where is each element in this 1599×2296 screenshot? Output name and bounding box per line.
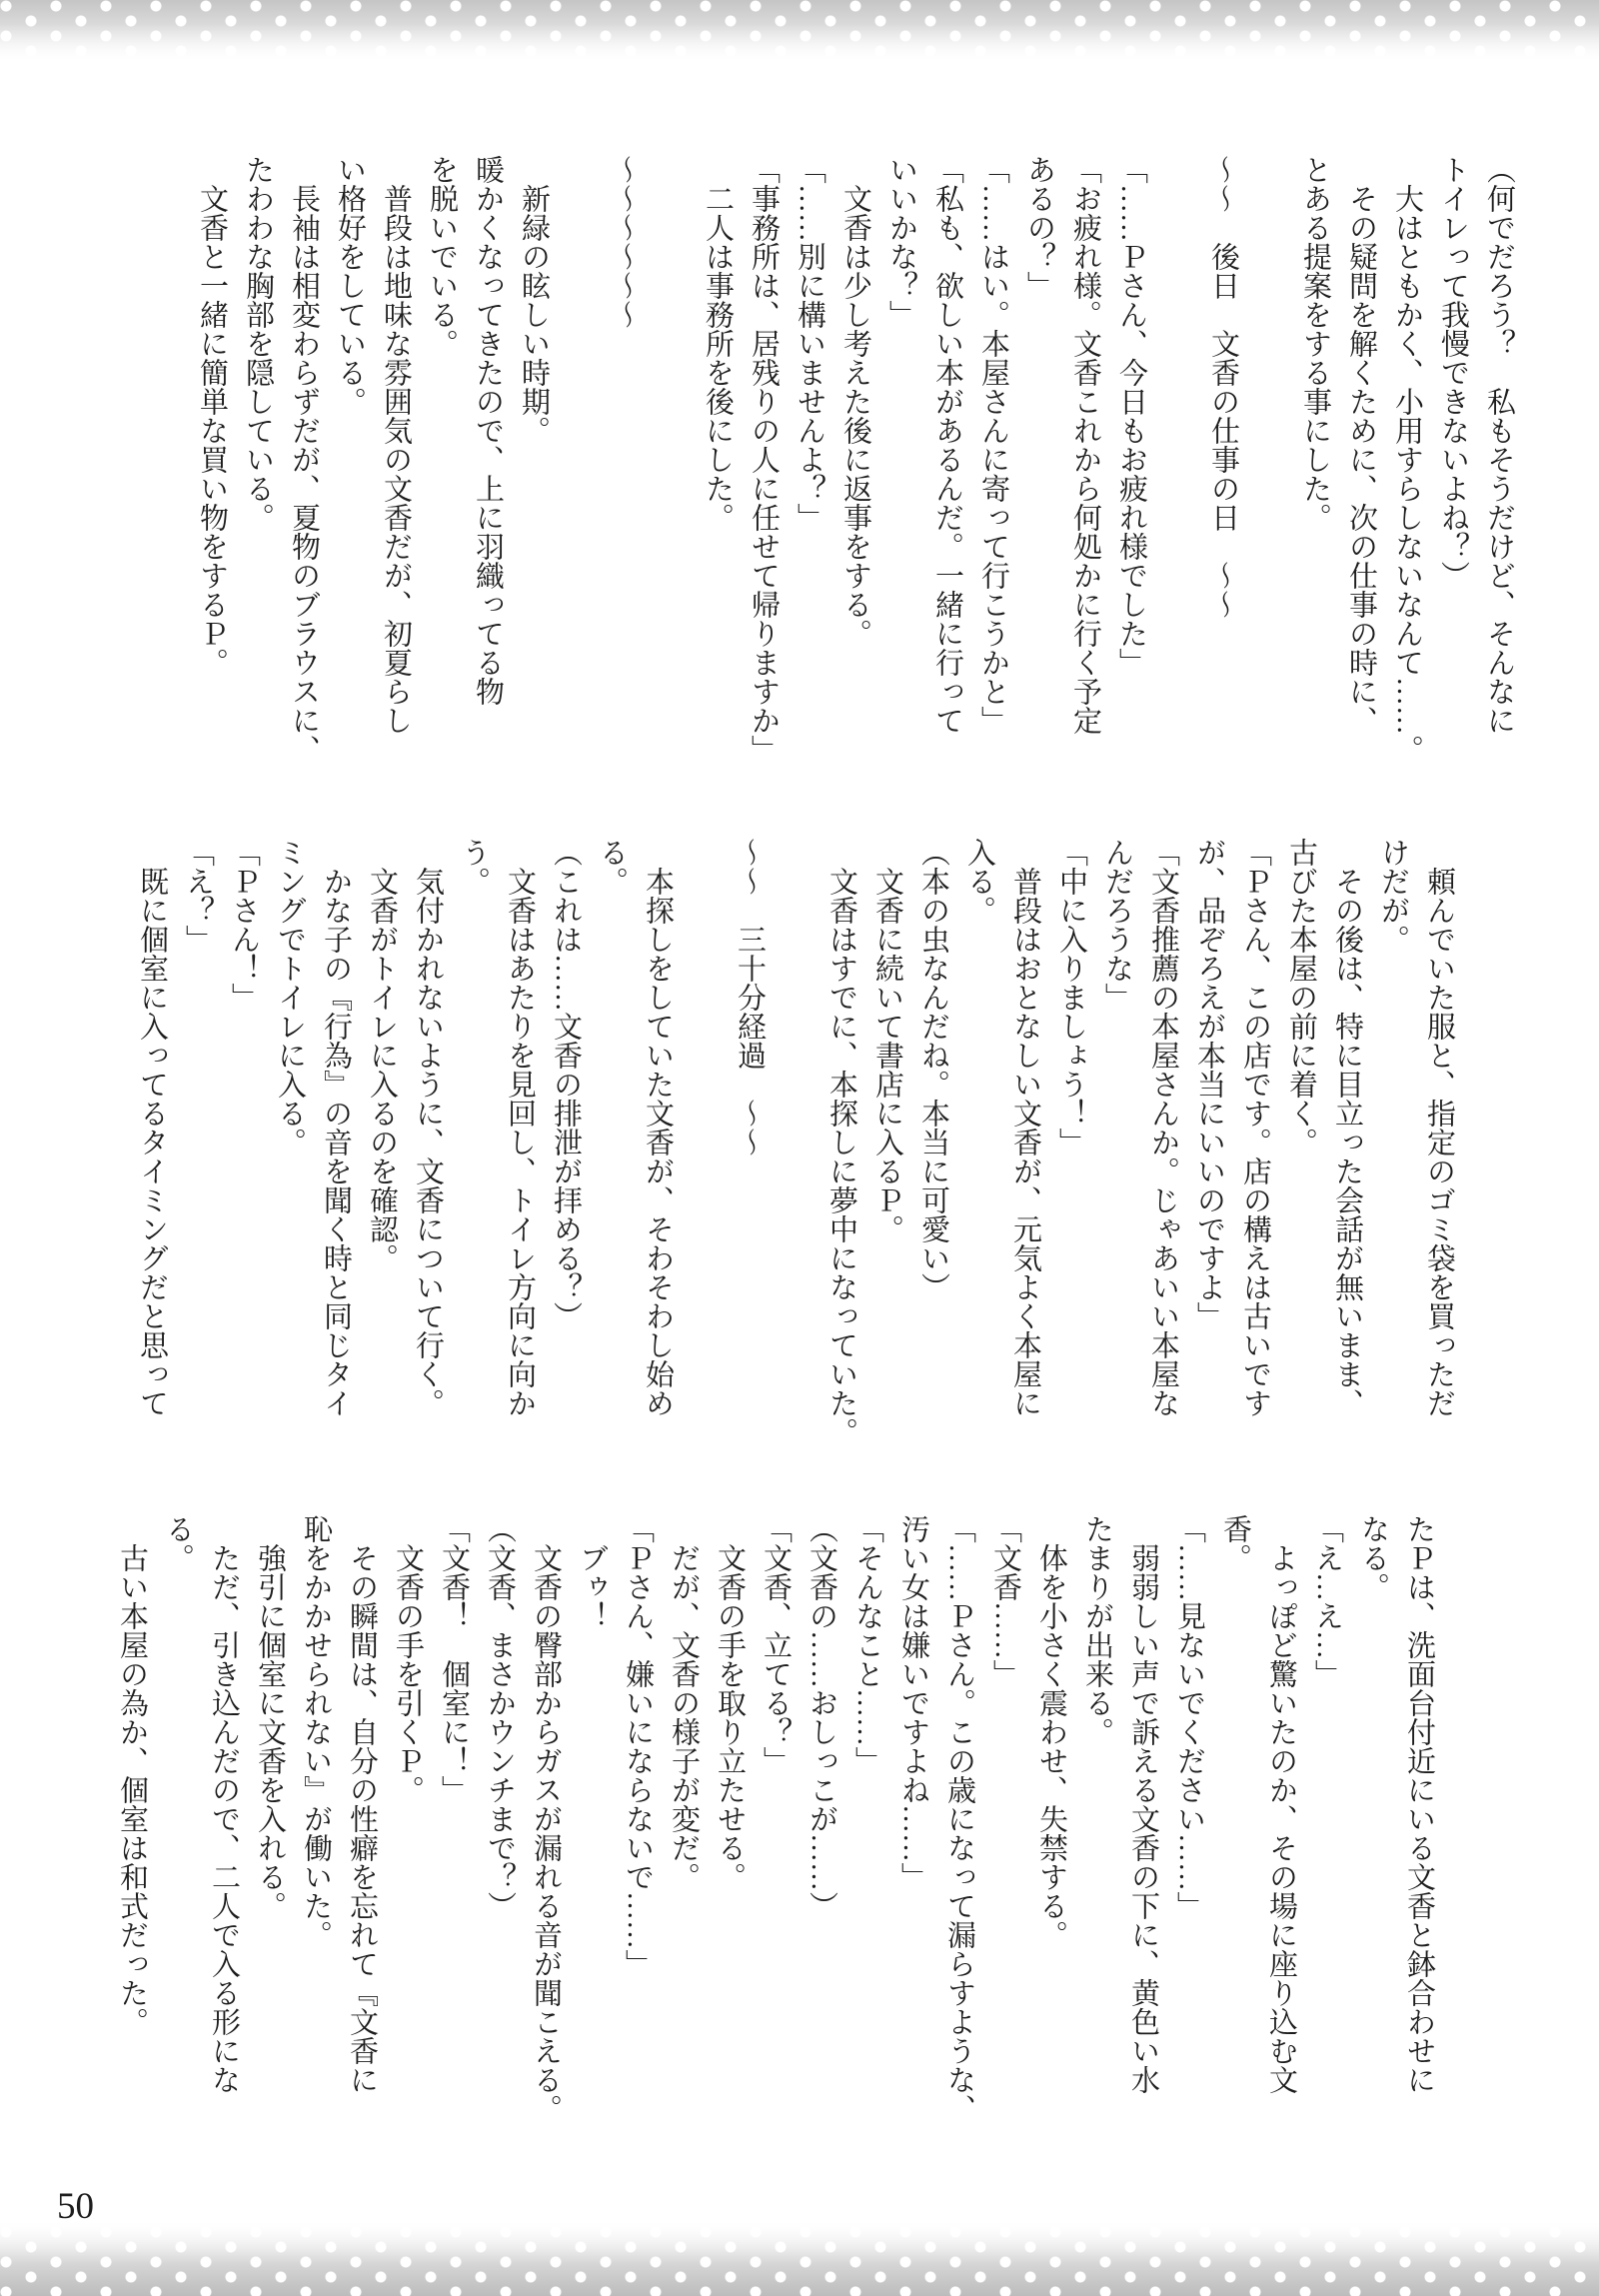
text-column: 頼んでいた服と、指定のゴミ袋を買っただ [1416, 838, 1462, 1485]
text-column: 弱弱しい声で訴える文香の下に、黄色い水 [1120, 1514, 1166, 2162]
text-column: 本探しをしていた文香が、そわそわし始め [635, 838, 681, 1485]
text-column: 「え…え…」 [1304, 1514, 1350, 2162]
text-column: たＰは、洗面台付近にいる文香と鉢合わせに [1396, 1514, 1442, 2162]
text-column: （本の虫なんだね。本当に可愛い） [910, 838, 956, 1485]
text-column: たまりが出来る。 [1074, 1514, 1120, 2162]
text-band-2: 頼んでいた服と、指定のゴミ袋を買っただけだが。 その後は、特に目立った会話が無い… [129, 838, 1462, 1485]
text-column: （文香、まさかウンチまで？） [477, 1514, 523, 2162]
text-column: 文香がトイレに入るのを確認。 [359, 838, 405, 1485]
text-column: たわわな胸部を隠している。 [235, 155, 281, 803]
text-column: ～～ 三十分経過 ～～ [727, 838, 773, 1485]
text-column: 文香はすでに、本探しに夢中になっていた。 [818, 838, 864, 1485]
text-column: 体を小さく震わせ、失禁する。 [1028, 1514, 1074, 2162]
text-column: かな子の『行為』の音を聞く時と同じタイ [313, 838, 359, 1485]
text-column: 文香の手を取り立たせる。 [707, 1514, 753, 2162]
text-column: 既に個室に入ってるタイミングだと思って [129, 838, 175, 1485]
text-column: い格好をしている。 [327, 155, 373, 803]
text-column: 新緑の眩しい時期。 [511, 155, 557, 803]
text-column: 「……はい。本屋さんに寄って行こうかと」 [970, 155, 1016, 803]
text-column: その疑問を解くために、次の仕事の時に、 [1338, 155, 1384, 803]
text-column: 文香はあたりを見回し、トイレ方向に向か [497, 838, 543, 1485]
text-column: 汚い女は嫌いですよね……」 [890, 1514, 936, 2162]
text-column: いいかな？」 [878, 155, 924, 803]
text-column: 「……別に構いませんよ？」 [787, 155, 832, 803]
text-column: る。 [589, 838, 635, 1485]
blank-column [773, 838, 818, 1485]
text-column: 「そんなこと……」 [844, 1514, 890, 2162]
text-column: 普段はおとなしい文香が、元気よく本屋に [1002, 838, 1048, 1485]
text-column: 長袖は相変わらずだが、夏物のブラウスに、 [281, 155, 327, 803]
text-column: 「私も、欲しい本があるんだ。一緒に行って [924, 155, 970, 803]
text-column: ただ、引き込んだので、二人で入る形にな [201, 1514, 247, 2162]
text-column: 「お疲れ様。文香これから何処かに行く予定 [1062, 155, 1108, 803]
text-column: だが、文香の様子が変だ。 [661, 1514, 707, 2162]
text-column: 「Ｐさん、嫌いにならないで……」 [615, 1514, 661, 2162]
blank-column [1246, 155, 1292, 803]
text-column: とある提案をする事にした。 [1292, 155, 1338, 803]
blank-column [681, 838, 727, 1485]
text-column: を脱いでいる。 [419, 155, 465, 803]
text-column: 強引に個室に文香を入れる。 [247, 1514, 293, 2162]
text-column: う。 [451, 838, 497, 1485]
text-column: 普段は地味な雰囲気の文香だが、初夏らし [373, 155, 419, 803]
text-column: 香。 [1212, 1514, 1258, 2162]
text-column: 気付かれないように、文香について行く。 [405, 838, 451, 1485]
text-column: 「……Ｐさん、今日もお疲れ様でした」 [1108, 155, 1154, 803]
blank-column [649, 155, 695, 803]
text-column: 古びた本屋の前に着く。 [1278, 838, 1324, 1485]
text-column: あるの？」 [1016, 155, 1062, 803]
text-column: 「……Ｐさん。この歳になって漏らすような、 [936, 1514, 982, 2162]
text-column: 文香の手を引くＰ。 [385, 1514, 431, 2162]
text-column: その後は、特に目立った会話が無いまま、 [1324, 838, 1370, 1485]
text-column: 文香は少し考えた後に返事をする。 [832, 155, 878, 803]
text-column: けだが。 [1370, 838, 1416, 1485]
text-column: その瞬間は、自分の性癖を忘れて『文香に [339, 1514, 385, 2162]
book-page: （何でだろう？ 私もそうだけど、そんなにトイレって我慢できないよね？） 大はとも… [0, 0, 1599, 2296]
text-column: ミングでトイレに入る。 [267, 838, 313, 1485]
text-column: 暖かくなってきたので、上に羽織ってる物 [465, 155, 511, 803]
text-column: 「Ｐさん、この店です。店の構えは古いです [1232, 838, 1278, 1485]
text-column: んだろうな」 [1094, 838, 1140, 1485]
text-column: よっぽど驚いたのか、その場に座り込む文 [1258, 1514, 1304, 2162]
text-column: 文香と一緒に簡単な買い物をするＰ。 [189, 155, 235, 803]
text-column: が、品ぞろえが本当にいいのですよ」 [1186, 838, 1232, 1485]
text-column: ～～ 後日 文香の仕事の日 ～～ [1200, 155, 1246, 803]
text-column: 「文香推薦の本屋さんか。じゃあいい本屋な [1140, 838, 1186, 1485]
text-column: トイレって我慢できないよね？） [1430, 155, 1476, 803]
text-column: ブゥ！ [569, 1514, 615, 2162]
text-column: 大はともかく、小用すらしないなんて……。 [1384, 155, 1430, 803]
text-column: 恥をかかせられない』が働いた。 [293, 1514, 339, 2162]
text-column: （何でだろう？ 私もそうだけど、そんなに [1476, 155, 1522, 803]
text-column: 入る。 [956, 838, 1002, 1485]
text-column: 「え？」 [175, 838, 221, 1485]
text-band-1: （何でだろう？ 私もそうだけど、そんなにトイレって我慢できないよね？） 大はとも… [189, 155, 1522, 803]
text-column: 「文香……」 [982, 1514, 1028, 2162]
text-column: 古い本屋の為か、個室は和式だった。 [109, 1514, 155, 2162]
bottom-dotted-border [0, 2218, 1599, 2296]
text-band-3: たＰは、洗面台付近にいる文香と鉢合わせになる。「え…え…」 よっぽど驚いたのか、… [109, 1514, 1442, 2162]
text-column: ～～～～～～ [603, 155, 649, 803]
text-column: 文香の臀部からガスが漏れる音が聞こえる。 [523, 1514, 569, 2162]
text-column: なる。 [1350, 1514, 1396, 2162]
text-column: る。 [155, 1514, 201, 2162]
top-dotted-border [0, 0, 1599, 64]
blank-column [1154, 155, 1200, 803]
text-column: 「事務所は、居残りの人に任せて帰りますか」 [741, 155, 787, 803]
blank-column [557, 155, 603, 803]
text-column: 「文香！ 個室に！」 [431, 1514, 477, 2162]
text-column: 「Ｐさん！」 [221, 838, 267, 1485]
text-column: 「中に入りましょう！」 [1048, 838, 1094, 1485]
text-column: 「……見ないでください……」 [1166, 1514, 1212, 2162]
text-column: 「文香、立てる？」 [753, 1514, 799, 2162]
text-column: （これは……文香の排泄が拝める？） [543, 838, 589, 1485]
text-column: 文香に続いて書店に入るＰ。 [864, 838, 910, 1485]
text-column: 二人は事務所を後にした。 [695, 155, 741, 803]
text-column: （文香の……おしっこが……） [799, 1514, 844, 2162]
